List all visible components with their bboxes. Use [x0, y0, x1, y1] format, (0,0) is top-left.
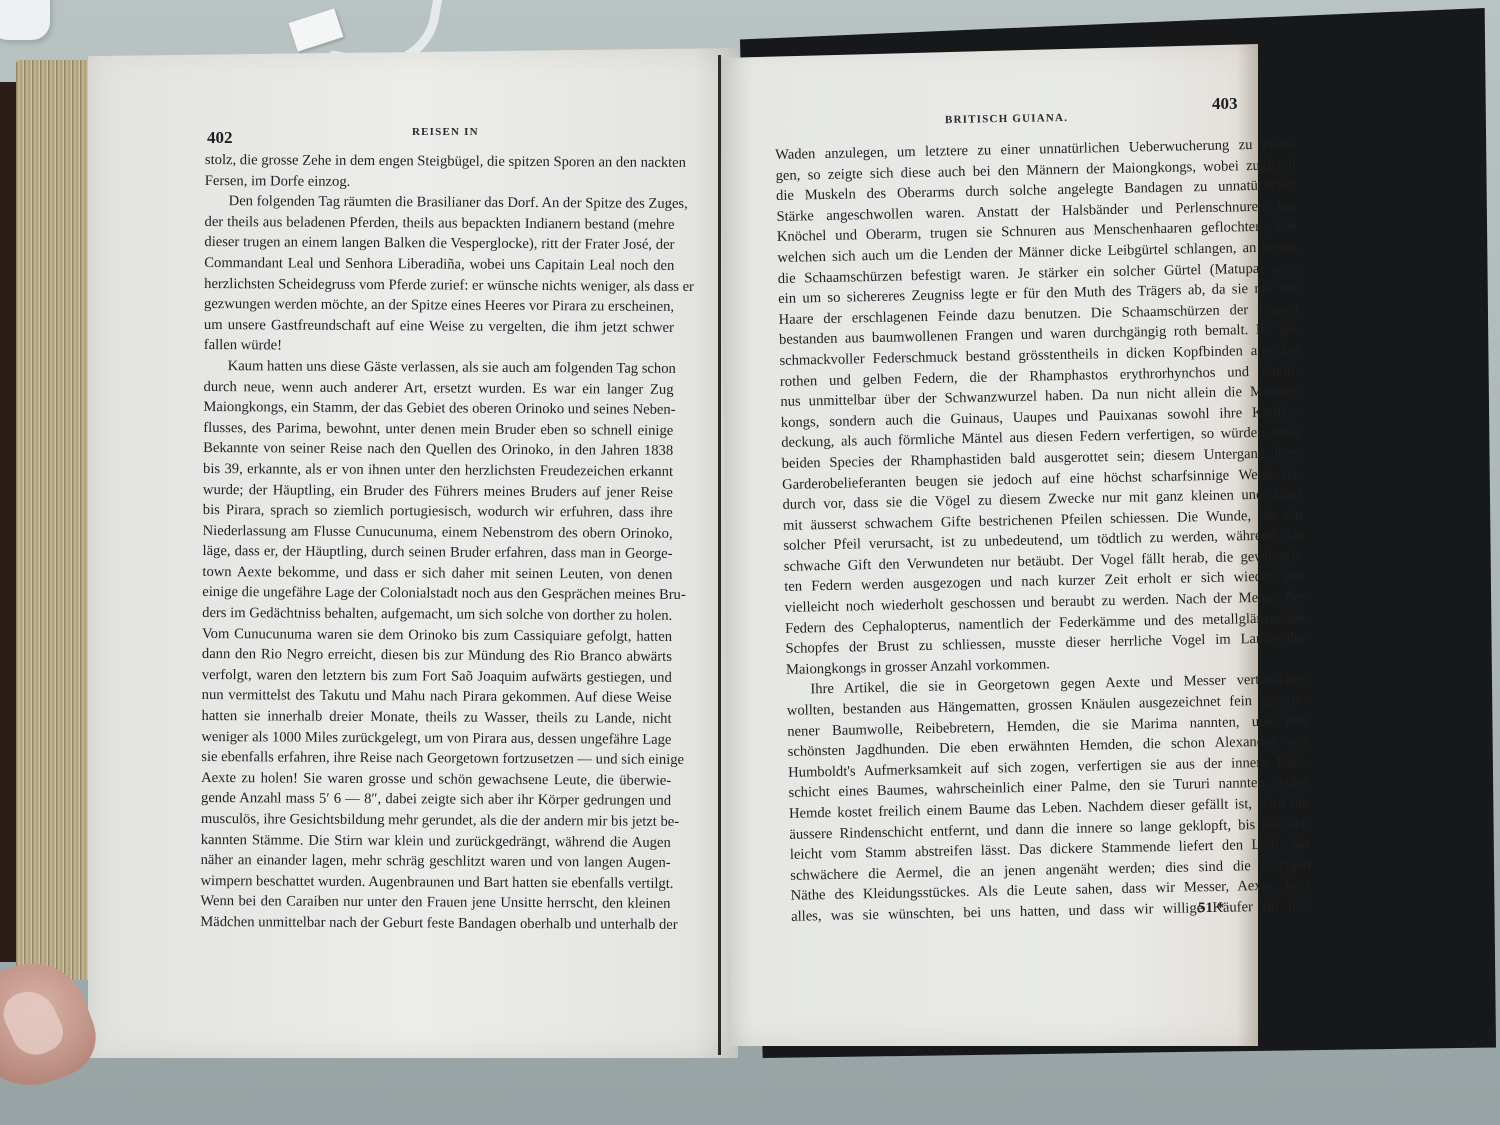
right-page-body: Waden anzulegen, um letztere zu einer un… — [775, 134, 1311, 927]
text-line: näher an einander lagen, mehr schräg ges… — [201, 850, 671, 873]
text-line: einige die ungefähre Lage der Colonialst… — [202, 582, 672, 605]
page-number-left: 402 — [207, 128, 233, 148]
text-line: gende Anzahl mass 5′ 6 — 8″, dabei zeigt… — [201, 788, 671, 811]
text-line: gezwungen werden möchte, an der Spitze e… — [204, 294, 674, 317]
text-line: der theils aus beladenen Pferden, theils… — [204, 212, 674, 235]
text-line: ders im Gedächtniss behalten, aufgemacht… — [202, 603, 672, 626]
text-line: sie ebenfalls erfahren, ihre Reise nach … — [201, 747, 671, 770]
text-line: Vom Cunucunuma waren sie dem Orinoko bis… — [202, 624, 672, 647]
text-line: Maiongkongs, ein Stamm, der das Gebiet d… — [203, 397, 673, 420]
printer-signature-mark: 51 * — [1198, 900, 1224, 917]
text-line: verfolgt, waren den letztern bis zum For… — [202, 665, 672, 688]
text-line: um unsere Gastfreundschaft auf eine Weis… — [204, 315, 674, 338]
page-block-edges — [16, 60, 90, 980]
text-line: musculös, ihre Gesichtsbildung mehr geru… — [201, 809, 671, 832]
text-line: dieser trugen an einem langen Balken die… — [204, 232, 674, 255]
text-line: durch neue, wenn auch anderer Art, erset… — [203, 377, 673, 400]
text-line: nun vermittelst des Takutu und Mahu nach… — [202, 685, 672, 708]
text-line: Wenn bei den Caraiben nur unter den Frau… — [200, 891, 670, 914]
text-line: town Aexte bekomme, und dass er sich dah… — [202, 562, 672, 585]
book-gutter — [718, 55, 721, 1055]
text-line: Fersen, im Dorfe einzog. — [205, 171, 675, 194]
text-line: läge, dass er, der Häuptling, durch sein… — [202, 541, 672, 564]
text-line: bis Pirara, sprach so ziemlich portugies… — [203, 500, 673, 523]
page-number-right: 403 — [1212, 94, 1238, 114]
text-line: weniger als 1000 Miles zurückgelegt, um … — [201, 727, 671, 750]
running-head-right: BRITISCH GUIANA. — [945, 112, 1068, 126]
text-line: hatten sie innerhalb dreier Monate, thei… — [201, 706, 671, 729]
text-line: dann den Rio Negro erreicht, diesen bis … — [202, 644, 672, 667]
text-line: Commandant Leal und Senhora Liberadiña, … — [204, 253, 674, 276]
running-head-left: REISEN IN — [412, 126, 479, 138]
power-adapter — [0, 0, 50, 40]
text-line: wurde; der Häuptling, ein Bruder des Füh… — [203, 479, 673, 502]
text-line: Kaum hatten uns diese Gäste verlassen, a… — [204, 356, 674, 379]
text-line: Aexte zu holen! Sie waren grosse und sch… — [201, 768, 671, 791]
text-line: flusses, des Parima, bewohnt, unter dene… — [203, 418, 673, 441]
text-line: Mädchen unmittelbar nach der Geburt fest… — [200, 912, 670, 935]
text-line: Bekannte von seiner Reise nach den Quell… — [203, 438, 673, 461]
text-line: kannten Stämme. Die Stirn war klein und … — [201, 830, 671, 853]
text-line: bis 39, erkannte, als er von ihnen unter… — [203, 459, 673, 482]
text-line: wimpern beschattet wurden. Augenbraunen … — [200, 871, 670, 894]
text-line: Den folgenden Tag räumten die Brasiliane… — [205, 191, 675, 214]
left-page-body: stolz, die grosse Zehe in dem engen Stei… — [200, 150, 675, 935]
text-line: herzlichsten Scheidegruss vom Pferde zur… — [204, 274, 674, 297]
text-line: stolz, die grosse Zehe in dem engen Stei… — [205, 150, 675, 173]
text-line: Niederlassung am Flusse Cunucunuma, eine… — [203, 521, 673, 544]
photo-scene: 402 REISEN IN stolz, die grosse Zehe in … — [0, 0, 1500, 1125]
text-line: fallen würde! — [204, 335, 674, 358]
